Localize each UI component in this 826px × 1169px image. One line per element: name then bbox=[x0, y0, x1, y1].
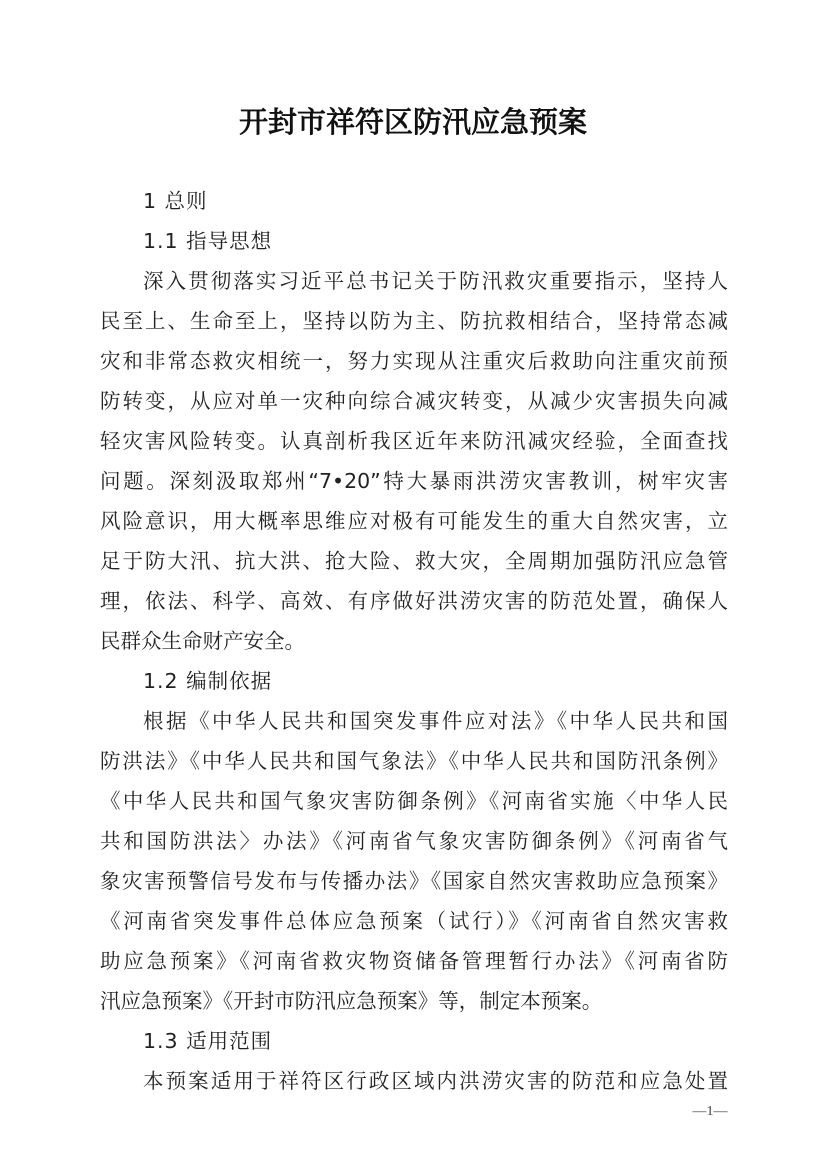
paragraph-line: 《河南省突发事件总体应急预案（试行）》《河南省自然灾害救 bbox=[100, 901, 728, 941]
document-title: 开封市祥符区防汛应急预案 bbox=[0, 102, 826, 142]
paragraph-line: 理，依法、科学、高效、有序做好洪涝灾害的防范处置，确保人 bbox=[100, 581, 728, 621]
section-heading-compilation-basis: 1.2 编制依据 bbox=[100, 661, 728, 701]
paragraph-line: 《中华人民共和国气象灾害防御条例》《河南省实施〈中华人民 bbox=[100, 781, 728, 821]
paragraph-line: 防转变，从应对单一灾种向综合减灾转变，从减少灾害损失向减 bbox=[100, 381, 728, 421]
paragraph-line: 本预案适用于祥符区行政区域内洪涝灾害的防范和应急处置 bbox=[100, 1061, 728, 1101]
paragraph-line: 防洪法》《中华人民共和国气象法》《中华人民共和国防汛条例》 bbox=[100, 741, 728, 781]
paragraph-line: 深入贯彻落实习近平总书记关于防汛救灾重要指示，坚持人 bbox=[100, 261, 728, 301]
section-heading-guiding-ideology: 1.1 指导思想 bbox=[100, 221, 728, 261]
paragraph-line: 助应急预案》《河南省救灾物资储备管理暂行办法》《河南省防 bbox=[100, 941, 728, 981]
paragraph-line: 民至上、生命至上，坚持以防为主、防抗救相结合，坚持常态减 bbox=[100, 301, 728, 341]
document-body: 1 总则 1.1 指导思想 深入贯彻落实习近平总书记关于防汛救灾重要指示，坚持人… bbox=[100, 181, 728, 1101]
paragraph-line: 风险意识，用大概率思维应对极有可能发生的重大自然灾害，立 bbox=[100, 501, 728, 541]
document-page: 开封市祥符区防汛应急预案 1 总则 1.1 指导思想 深入贯彻落实习近平总书记关… bbox=[0, 0, 826, 1169]
paragraph-line: 足于防大汛、抗大洪、抢大险、救大灾，全周期加强防汛应急管 bbox=[100, 541, 728, 581]
paragraph-line: 问题。深刻汲取郑州“7•20”特大暴雨洪涝灾害教训，树牢灾害 bbox=[100, 461, 728, 501]
section-heading-scope: 1.3 适用范围 bbox=[100, 1021, 728, 1061]
paragraph-line: 民群众生命财产安全。 bbox=[100, 621, 728, 661]
paragraph-line: 灾和非常态救灾相统一，努力实现从注重灾后救助向注重灾前预 bbox=[100, 341, 728, 381]
paragraph-line: 共和国防洪法〉办法》《河南省气象灾害防御条例》《河南省气 bbox=[100, 821, 728, 861]
paragraph-line: 轻灾害风险转变。认真剖析我区近年来防汛减灾经验，全面查找 bbox=[100, 421, 728, 461]
page-number: —1— bbox=[680, 1100, 740, 1124]
section-heading-general: 1 总则 bbox=[100, 181, 728, 221]
paragraph-line: 汛应急预案》《开封市防汛应急预案》等，制定本预案。 bbox=[100, 981, 728, 1021]
paragraph-line: 根据《中华人民共和国突发事件应对法》《中华人民共和国 bbox=[100, 701, 728, 741]
paragraph-line: 象灾害预警信号发布与传播办法》《国家自然灾害救助应急预案》 bbox=[100, 861, 728, 901]
